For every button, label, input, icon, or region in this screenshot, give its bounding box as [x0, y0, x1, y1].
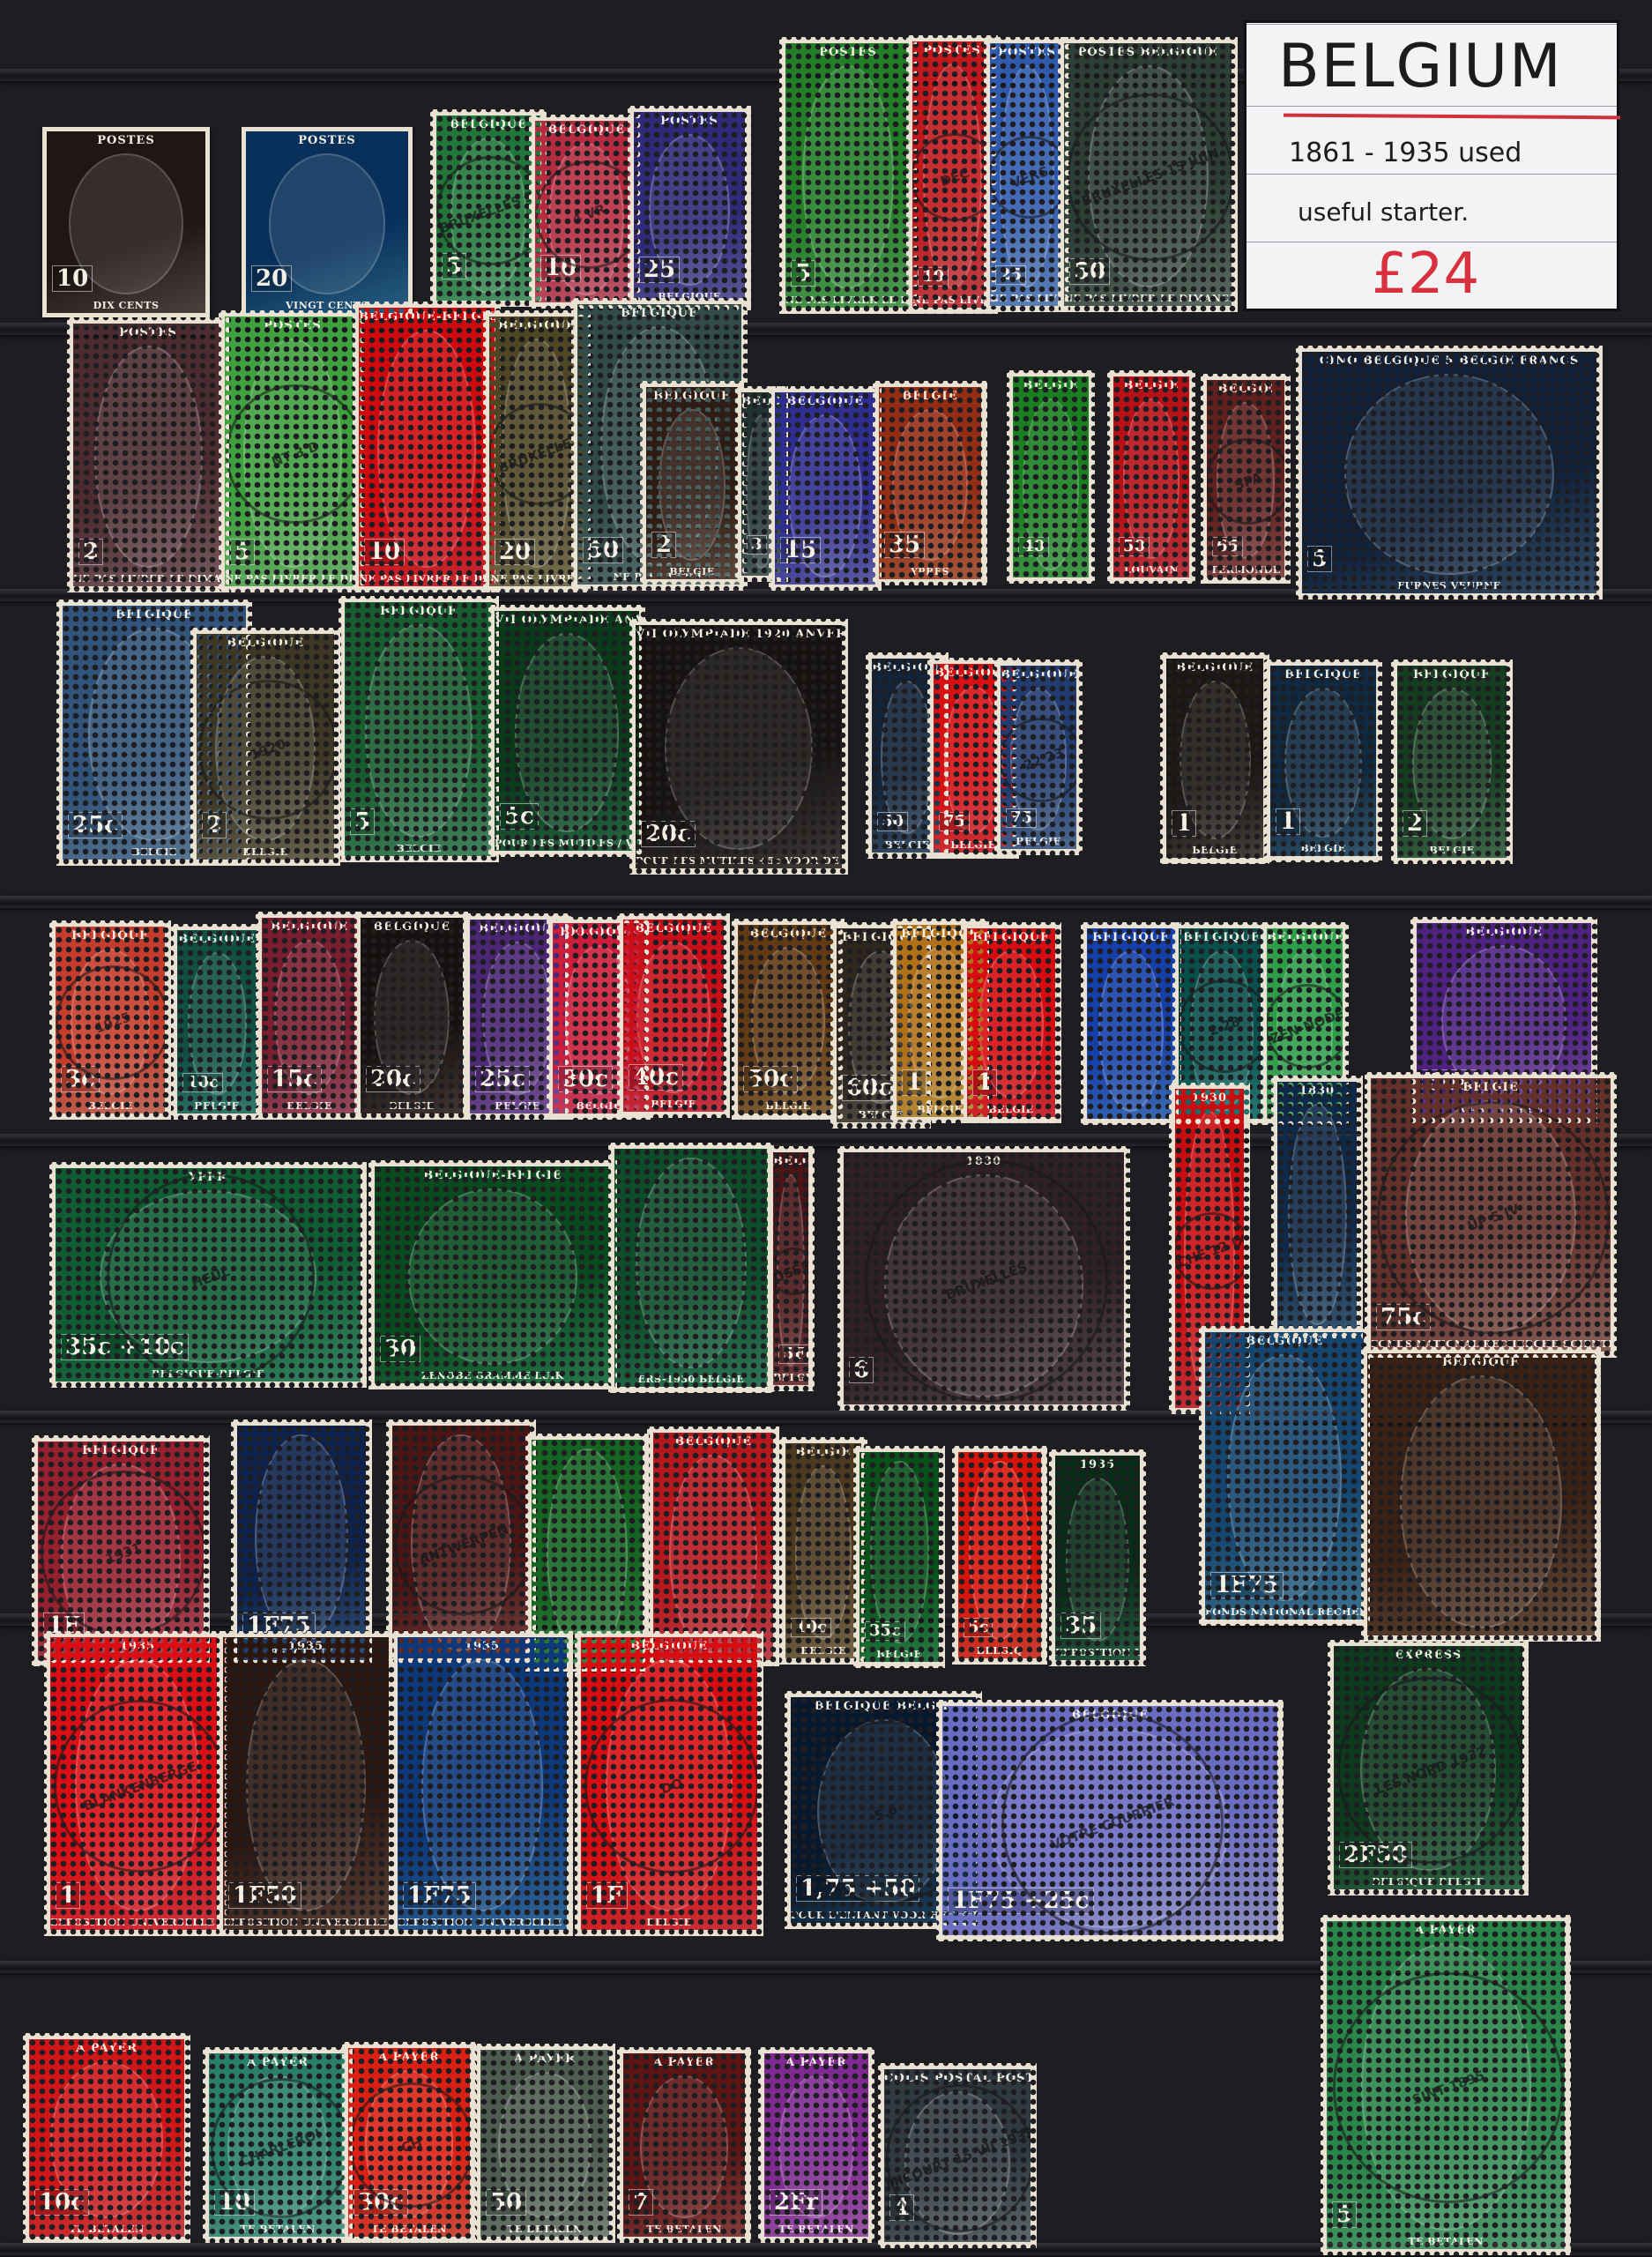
stamp-design: A PAYER30cTE BETALENCH [348, 2048, 470, 2237]
stamp-design: POSTES10NE PAS LIVRER LE DIMANCHEDEC [912, 41, 992, 308]
stamp-design: 35cBELGIE [859, 1452, 939, 1662]
stamp: BELGIQUE-BELGIE10NE PAS LIVRER LE DIMANC… [353, 302, 501, 592]
stamp-title [896, 1452, 903, 1457]
stamp: BELGIQUE104 VR [529, 115, 644, 309]
stamp: 193535EXPOSITION UNIVERSELLE / WERELDTEN… [1049, 1449, 1146, 1666]
stamp-inscription: BELGIE [129, 845, 179, 860]
stamp: BELGIE35YPRES [873, 381, 987, 585]
portrait-vignette [923, 63, 982, 289]
stamp-title: 1935 [285, 1637, 327, 1656]
stamp-title: POSTES [657, 112, 721, 130]
stamp-denomination: 5c [964, 1618, 993, 1637]
stamp-denomination: 75 [1006, 808, 1037, 828]
stamp: A PAYER50TE BETALEN [474, 2044, 615, 2243]
stamp-denomination: 10c [34, 2189, 89, 2216]
stamp-design: BELGIQUE40cBELGIE [623, 920, 724, 1112]
stamp-denomination: 10 [52, 265, 93, 292]
portrait-vignette [1405, 1100, 1576, 1333]
stamp-denomination: 1F75 +25c [948, 1888, 1094, 1914]
stamp: POSTES5NE PAS LIVRER LE DIMANCHENT 3 D [219, 310, 367, 592]
stamp-denomination: 5 [442, 253, 466, 279]
stamp-inscription: EXPOSITION UNIVERSELLE / WERELDTENTOONST… [223, 1915, 389, 1930]
stamp-inscription [981, 1401, 986, 1404]
stamp-design: BELGIQUE1F75FONDS NATIONAL RECHERCHE SCI… [1205, 1332, 1364, 1620]
stamp-title [688, 1149, 695, 1154]
stamp: BELGIQUE15cBELGIE [256, 912, 363, 1120]
stamp-design: 5cBELGIQ [958, 1452, 1041, 1658]
stamp-design: BELGIQUE1BELGIE [967, 928, 1055, 1117]
stamp-title: BELGIE [792, 1443, 854, 1462]
stamp: BELGIQUE [1081, 922, 1181, 1125]
stamp: VII OLYMPIADE ANVERS-ANTWERPEN5cPOUR LES… [488, 605, 645, 857]
stamp-title: BELGIQUE [631, 920, 716, 938]
stamp-title: BELGIE [1214, 380, 1276, 399]
stamp-inscription [822, 581, 828, 585]
portrait-vignette [636, 1158, 747, 1368]
stamp-denomination: 25 [639, 257, 680, 283]
stamp-denomination: 15 [780, 537, 821, 563]
stamp-inscription: BELGIE [986, 1102, 1036, 1117]
portrait-vignette [884, 1174, 1084, 1397]
stamp: 18306BRUXELLES [837, 1146, 1130, 1411]
stamp-denomination: 50 [877, 812, 908, 831]
stamp-denomination: 10 [918, 267, 949, 287]
stamp-denomination: 2 [202, 812, 227, 838]
stamp-title: POSTES [260, 317, 324, 335]
stamp-design: COLIS POSTAL POSTCOLLO4MICOURT 15 VII 19… [884, 2069, 1031, 2242]
portrait-vignette [215, 656, 315, 841]
stamp-design: BELGIE50LOUVAIN [1113, 376, 1189, 577]
stamp-design: BELGIQUE50cBELGIE [738, 925, 838, 1114]
stamp-inscription: BELGIE [914, 1102, 964, 1117]
stamp-denomination: 50 [1119, 537, 1150, 556]
stamp: BELGIQUE20cBELGIE [354, 912, 469, 1120]
stamp-title: A PAYER [72, 2039, 141, 2058]
stamp-design: BELGIQUE1F75 +25cVOTRE COURRIER [942, 1706, 1277, 1935]
stamp-title: BELGIQUE [1172, 659, 1257, 677]
stamp-denomination: 6 [849, 1357, 874, 1383]
stamp-denomination: 40 [1018, 537, 1049, 556]
stamp: ANTWERPEN [386, 1419, 536, 1665]
stamp: A PAYER30cTE BETALENCH [342, 2042, 476, 2243]
stamp-title: BELGIQUE [746, 925, 830, 943]
stamp-title: BELGIQUE [650, 387, 734, 406]
stamp-design: 1830 [1277, 1082, 1357, 1332]
stamp-title: BELGIQUE [969, 928, 1053, 947]
stamp-design: BELGIQUE20cBELGIE [361, 918, 463, 1114]
stamp: BELGIE65TERMONDESPA [1201, 374, 1291, 584]
stamp-title: CINQ BELGIQUE 5 BELGIE FRANCS [1316, 352, 1582, 370]
stamp-denomination: 25 [995, 265, 1026, 285]
stamp: POSTES5NE PAS LIVRER LE DIMANCHE / NIET … [779, 37, 917, 314]
stamp-title: BELGIQUE [544, 121, 629, 139]
stamp-design: BELGIQUE15 [775, 392, 875, 585]
stamp-denomination: 5 [230, 539, 255, 565]
stamp-design: EXPRESS2F50BELGIQUE BELGIELES NORD 1932 [1334, 1646, 1522, 1889]
stamp-denomination: 2Fr [770, 2189, 822, 2216]
stamp-inscription: TE BETALEN [237, 2222, 317, 2237]
stamp-title [298, 1426, 305, 1431]
portrait-vignette [904, 2091, 1010, 2235]
stamp: A PAYER7TE BETALEN [617, 2047, 751, 2243]
portrait-vignette [1123, 399, 1179, 559]
stamp-denomination: 30 [380, 1336, 420, 1362]
stamp-design: VII OLYMPIADE ANVERS-ANTWERPEN5cPOUR LES… [495, 611, 639, 851]
price-label: BELGIUM 1861 - 1935 used useful starter.… [1246, 23, 1617, 309]
stamp-design: A PAYER2FrTE BETALEN [764, 2053, 868, 2237]
portrait-vignette [411, 1434, 510, 1651]
stamp-denomination: 1 [1276, 808, 1300, 835]
stamp: POSTES BELGIQUE50NE PAS LIVRER LE DIMANC… [1058, 37, 1238, 312]
stamp: BELGIQUE40cBELGIE [617, 913, 730, 1118]
stamp-design: CINQ BELGIQUE 5 BELGIE FRANCS5FURNES VEU… [1302, 352, 1596, 593]
stamp-denomination: 15c [267, 1066, 322, 1092]
stamp-denomination: 20c [641, 821, 696, 847]
stamp: BELGIQUE-BELGIE30ZENOBE GRAMME LUIK [368, 1160, 617, 1389]
stamp-denomination: 50 [583, 537, 623, 563]
stamp-denomination: 25c [68, 812, 123, 838]
stamp-denomination: 25c [475, 1066, 530, 1092]
stamp-inscription: BELGIE [386, 1099, 436, 1114]
portrait-vignette [1227, 1354, 1342, 1601]
stamp-denomination: 35 [1060, 1613, 1101, 1639]
stamp: POSTES10DIX CENTS [42, 127, 210, 317]
stamp-denomination: 75c [1376, 1304, 1431, 1330]
stamp-design: BELGIQUE20NE PAS LIVRERBRUXELLES [489, 317, 584, 586]
stamp: A PAYER10TE BETALENCHARLEROI [203, 2047, 353, 2243]
portrait-vignette [1361, 1943, 1531, 2231]
stamp-title: BELGIQUE [1068, 1706, 1152, 1724]
stamp-title: A PAYER [650, 2053, 718, 2072]
stamp-inscription: NE PAS LIVRER LE DIMANCHE / NIET BESTELL… [1064, 291, 1232, 306]
stamp-title: BELGIQUE [773, 1152, 808, 1171]
stamp: POSTES2NE PAS LIVRER LE DIMANCHE [67, 317, 229, 592]
stamp-title: BELGIQUE [1267, 928, 1343, 947]
portrait-vignette [802, 65, 893, 289]
stamp-design: BELGIQUE [1087, 928, 1175, 1119]
stamp: BELGIQUE1BELGIE [961, 922, 1061, 1123]
stamp-title: BELGIQUE [627, 1637, 711, 1656]
stamp-denomination: 10 [364, 539, 405, 565]
stamp-design: BELGIQUE5FrBELGIEBRUSSEL A [773, 1152, 808, 1385]
stamp: BELGIQUE [1361, 1347, 1601, 1642]
stamp-design: BELGIQUE1F1931 [38, 1441, 204, 1660]
stamp-denomination: 30c [353, 2189, 408, 2216]
stamp-inscription: FURNES VEURNE [1395, 578, 1503, 593]
stamp-title: BELGIQUE [1089, 928, 1173, 947]
stamp-inscription: ZENOBE GRAMME LUIK [419, 1368, 567, 1383]
stamp: BELGIQUE1FBELGIEDO [575, 1631, 763, 1936]
stamp: CINQ BELGIQUE 5 BELGIE FRANCS5FURNES VEU… [1296, 346, 1603, 600]
portrait-vignette [1098, 950, 1164, 1112]
stamp: A PAYER2FrTE BETALEN [758, 2047, 874, 2243]
stamp-denomination: 35c [865, 1621, 905, 1641]
portrait-vignette [1000, 65, 1055, 287]
stamp: BELGIQUE1F75 +25cVOTRE COURRIER [936, 1700, 1284, 1941]
stamp-inscription: BELGIQ [974, 1643, 1026, 1658]
stamp-title: BELGIQUE [1179, 928, 1264, 947]
stock-card: POSTES10DIX CENTSPOSTES20VINGT CENTSBELG… [0, 0, 1652, 2257]
stamp: BELGIE40 [1007, 370, 1095, 584]
stamp-title: 1935 [116, 1637, 159, 1656]
stamp-title: YPER [185, 1168, 231, 1187]
stamp-title: BELGIQUE [446, 115, 531, 134]
stamp-design: BELGIQUE-BELGIE10NE PAS LIVRER LE DIMANC… [359, 308, 495, 586]
portrait-vignette [870, 1461, 929, 1643]
stamp-title: A PAYER [510, 2050, 579, 2068]
stamp-denomination: 10 [214, 2189, 255, 2216]
stamp-inscription: LOUVAIN [1121, 562, 1181, 577]
stamp: 1F75BELGIQUE [231, 1419, 372, 1666]
stamp-denomination: 1 [1172, 810, 1196, 837]
stamp: BELGIQUE15 [769, 386, 882, 591]
stamp-title: BELGIQUE [783, 392, 867, 411]
stamp: BELGIQUE5FrBELGIEBRUSSEL A [767, 1146, 815, 1391]
stamp-denomination: 1F75 [1210, 1572, 1284, 1598]
stamp-title: POSTES [93, 131, 158, 150]
stamp: 5cBELGIQ [952, 1446, 1047, 1665]
stamp-inscription: TE BETALEN [368, 2222, 449, 2237]
stamp-denomination: 5c [500, 803, 539, 830]
stamp: BELGIQUE1F75FONDS NATIONAL RECHERCHE SCI… [1199, 1326, 1370, 1626]
stamp-design: BELGIQUE1BELGIE [1270, 666, 1376, 856]
stamp-title: BELGIQUE-BELGIE [420, 1166, 566, 1185]
stamp-denomination: 65 [1212, 537, 1243, 556]
stamp-inscription: TERMONDE [1208, 562, 1283, 577]
stamp-inscription: TE BETALEN [1405, 2234, 1485, 2249]
stamp: COLIS POSTAL POSTCOLLO4MICOURT 15 VII 19… [878, 2063, 1037, 2248]
stamp-title: BELGIQUE [223, 634, 308, 652]
stamp-design: 19351EXPOSITION UNIVERSELLE / WERELDTENT… [50, 1637, 225, 1930]
stamp-design: BELGIE40 [1013, 376, 1089, 577]
stamp-title [458, 1426, 465, 1431]
stamp-title: 1830 [963, 1152, 1005, 1171]
stamp: BELGIQUE2BELGIE [1391, 659, 1513, 864]
portrait-vignette [365, 624, 473, 838]
stamp-inscription: NE PAS LIVRER LE DIMANCHE / NIET BESTELL… [785, 293, 911, 308]
stamp: BELGIQUE10cBELGIE [171, 924, 263, 1120]
stamp-denomination: 1F50 [228, 1882, 301, 1909]
stamp-denomination: 20 [495, 539, 535, 565]
stamp-design: BELGIQUE3cBELGIE1925 [56, 927, 165, 1114]
stamp-design: 19351F75EXPOSITION UNIVERSELLE / WERELDT… [398, 1637, 567, 1930]
stamp-design: A PAYER10TE BETALENCHARLEROI [209, 2053, 346, 2237]
stamp-title: POSTES BELGIQUE [1075, 43, 1222, 62]
stamp-title: 1935 [461, 1637, 503, 1656]
stamp-denomination: 10c [182, 1073, 223, 1092]
stamp-title: BELGIQUE [267, 918, 352, 936]
stamp-title: BELGIQUE BELGIE [811, 1697, 956, 1716]
stamp-title: 1930 [1188, 1089, 1231, 1107]
stamp-title: BELGIQUE [369, 918, 454, 936]
portrait-vignette [669, 1455, 756, 1653]
stamp-title: BELGIQUE [376, 602, 461, 621]
stamp: VII OLYMPIADE 1920 ANVERS-ANTWERPEN20cPO… [629, 619, 848, 875]
stamp-title: 1935 [1076, 1456, 1119, 1474]
stamp-inscription: BELGIE [644, 1915, 694, 1930]
stamp-design: BELGIQUE5BRUXELLES 31 [436, 115, 540, 301]
stamp-design: 18306BRUXELLES [844, 1152, 1124, 1404]
stamp-inscription: NE PAS LIVRER LE DIMANCHE [359, 571, 495, 586]
stamp-inscription: BELGIE [763, 1099, 813, 1114]
stamp-inscription: YPRES [908, 564, 952, 579]
stamp: 19351EXPOSITION UNIVERSELLE / WERELDTENT… [44, 1631, 231, 1936]
label-price: £24 [1372, 242, 1479, 307]
stamp: POSTES20VINGT CENTS [242, 127, 413, 317]
stamp: 1830 [1271, 1076, 1363, 1338]
stamp-inscription: BELGIE [1189, 843, 1239, 858]
stamp: BELGIQUE5BELGIE [339, 596, 499, 862]
portrait-vignette [795, 1465, 852, 1640]
stamp: 19351F50EXPOSITION UNIVERSELLE / WERELDT… [217, 1631, 395, 1936]
stamp-design: BELGIE35YPRES [879, 387, 981, 579]
stamp-title: BELGIQUE [1281, 666, 1366, 684]
stamp-title: A PAYER [1411, 1921, 1480, 1940]
stamp-denomination: 5 [791, 260, 815, 287]
stamp-title: POSTES [994, 43, 1059, 62]
stamp-design: BELGIE10cBELGIE [785, 1443, 861, 1658]
stamp: A PAYER10cTE BETALEN [23, 2033, 190, 2243]
stamp-design: BELGIQUE75BELGIE-22 23 [1001, 666, 1076, 849]
stamp-title: POSTES [115, 324, 180, 342]
stamp-inscription: BELGIE [648, 1097, 698, 1112]
stamp-design: BELGIQUE2BELGIE [646, 387, 738, 579]
portrait-vignette [1344, 374, 1554, 575]
portrait-vignette [1088, 65, 1209, 287]
stamp-design: 193535EXPOSITION UNIVERSELLE / WERELDTEN… [1055, 1456, 1140, 1660]
stamp-inscription: ERS-1930 BELGIE [636, 1372, 748, 1387]
stamp: 35cBELGIE [853, 1446, 945, 1668]
stamp-design: BELGIQUE [653, 1433, 773, 1660]
stamp-denomination: 75 [939, 812, 970, 831]
stamp-denomination: 2 [78, 539, 103, 565]
stamp-design: BELGIQUE [1367, 1353, 1595, 1635]
stamp-title: BELGIQUE [1242, 1332, 1327, 1351]
stamp-title: BELGIQUE-BELGIE [359, 308, 495, 326]
stamp-title: POSTES [815, 43, 880, 62]
stamp: 19351F75EXPOSITION UNIVERSELLE / WERELDT… [391, 1631, 573, 1936]
stamp: BELGIE50LOUVAIN [1107, 370, 1195, 584]
stamp-design: POSTES25BELGIQUE [634, 112, 745, 304]
stamp-inscription: BELGIE [1298, 841, 1348, 856]
stamp-inscription [955, 2238, 960, 2242]
stamp-denomination: 5 [1307, 546, 1332, 572]
stamp-design: POSTES5NE PAS LIVRER LE DIMANCHE / NIET … [785, 43, 911, 308]
stamp-denomination: 35 [884, 532, 925, 558]
stamp-title: A PAYER [782, 2053, 851, 2072]
stamp-design: POSTES10DIX CENTS [47, 131, 205, 313]
portrait-vignette [421, 1659, 543, 1911]
stamp-denomination: 1 [56, 1882, 80, 1909]
stamp-design: BELGIQUE1BELGIE [1166, 659, 1263, 858]
stamp-design: POSTES20VINGT CENTS [246, 131, 408, 313]
stamp-inscription: TE BETALEN [644, 2222, 724, 2237]
stamp-design: BELGIQUE104 VR [535, 121, 637, 302]
stamp-inscription: POUR LES MUTILES / VOOR DE VERMINKTEN [495, 836, 639, 851]
stamp-denomination: 7 [629, 2189, 653, 2216]
stamp-title: VII OLYMPIADE ANVERS-ANTWERPEN [495, 611, 639, 629]
stamp-inscription [1478, 1632, 1484, 1635]
stamp-denomination: 5 [1332, 2201, 1357, 2228]
stamp-inscription: NE PAS LIVRER LE DIMANCHE [73, 571, 223, 586]
stamp-title: BELGIQUE [1439, 1353, 1523, 1372]
stamp-design: BELGIQUE-BELGIE30ZENOBE GRAMME LUIK [375, 1166, 611, 1383]
stamp-title: BELGIQUE [671, 1433, 755, 1451]
stamp-design: YPER35c +10cBELGIQUE-BELGIEHEUL [56, 1168, 361, 1382]
stamp-design: BELGIE75cFONDS NATIONAL RECHERCHE SCIENT… [1371, 1078, 1611, 1352]
portrait-vignette [606, 1659, 733, 1911]
stamp-inscription: BELGIE [882, 838, 932, 853]
portrait-vignette [665, 647, 813, 850]
stamp-inscription: TE BETALEN [504, 2222, 584, 2237]
stamp-title: BELGIE [1019, 376, 1082, 395]
stamp-inscription: NE PAS LIVRER LE DIMANCHE [912, 293, 992, 308]
stamp-title: BELGIE [1459, 1078, 1522, 1097]
portrait-vignette [246, 1659, 366, 1911]
portrait-vignette [1288, 1104, 1347, 1325]
stamp-title: COLIS POSTAL POSTCOLLO [884, 2069, 1031, 2088]
stamp: POSTES25BELGIQUE [628, 106, 751, 310]
stamp-inscription: BELGIE [948, 838, 998, 853]
stamp-denomination: 35c +10c [61, 1334, 189, 1360]
stamp-title: BELGIQUE [78, 1441, 163, 1460]
stamp-design: BELGIQUE1FBELGIEDO [581, 1637, 757, 1930]
stamp-design: POSTES25NE PAS LIVRER LE DIMANCHEVERS [990, 43, 1064, 306]
portrait-vignette [243, 339, 342, 568]
stamp-denomination: 60c [842, 1075, 897, 1101]
label-country: BELGIUM [1278, 32, 1563, 101]
stamp-denomination: 2 [651, 532, 676, 558]
stamp-design: POSTES BELGIQUE50NE PAS LIVRER LE DIMANC… [1064, 43, 1232, 306]
stamp-title: BELGIQUE [495, 317, 579, 335]
stamp-inscription: NE PAS LIVRER [489, 571, 584, 586]
stamp-title: POSTES [294, 131, 359, 150]
stamp: BELGIQUE1BELGIE [1160, 652, 1269, 864]
stamp-title: POSTES [919, 41, 984, 60]
stamp-title: BELGIE [898, 387, 961, 406]
stamp-denomination: 1 [972, 1069, 997, 1096]
portrait-vignette [881, 681, 934, 834]
stamp-inscription: BELGIE [284, 1099, 334, 1114]
stamp-inscription: NE PAS LIVRER LE DIMANCHE [990, 291, 1064, 306]
stamp-inscription: BELGIE [240, 845, 290, 860]
stamp-inscription: FONDS NATIONAL RECHERCHE SCIENTIFIQUE [1205, 1605, 1364, 1620]
stamp-inscription [1128, 1115, 1134, 1119]
stamp: ERS-1930 BELGIE [608, 1143, 774, 1393]
stamp-denomination: 1 [902, 1069, 926, 1096]
stamp-denomination: 3 [747, 535, 767, 555]
stamp-design: POSTES2NE PAS LIVRER LE DIMANCHE [73, 324, 223, 586]
stamp-inscription: BELGIE [492, 1099, 542, 1114]
portrait-vignette [777, 1174, 805, 1367]
stamp-inscription: BELGIE [1426, 843, 1477, 858]
stamp-title: BELGIQUE [112, 606, 197, 624]
stamp-denomination: 50 [1069, 258, 1110, 285]
stamp-design: A PAYER7TE BETALEN [623, 2053, 745, 2237]
stamp-inscription: BELGIE [798, 1643, 848, 1658]
stamp-design: BELGIQUE2BELGIE [1397, 666, 1507, 858]
stamp-inscription: BELGIE [85, 1099, 135, 1114]
portrait-vignette [1217, 402, 1275, 559]
stamp-design: BELGIQUE10cBELGIE [177, 930, 257, 1114]
stamp-title [996, 1452, 1003, 1457]
stock-strip [0, 896, 1652, 908]
label-note: useful starter. [1298, 197, 1469, 227]
stamp-title: BELGIQUE [68, 927, 153, 945]
stamp-denomination: 3c [61, 1066, 100, 1092]
stamp-title: A PAYER [243, 2053, 312, 2072]
stamp-inscription: EXPOSITION UNIVERSELLE / WERELDTENTOONST… [50, 1915, 225, 1930]
